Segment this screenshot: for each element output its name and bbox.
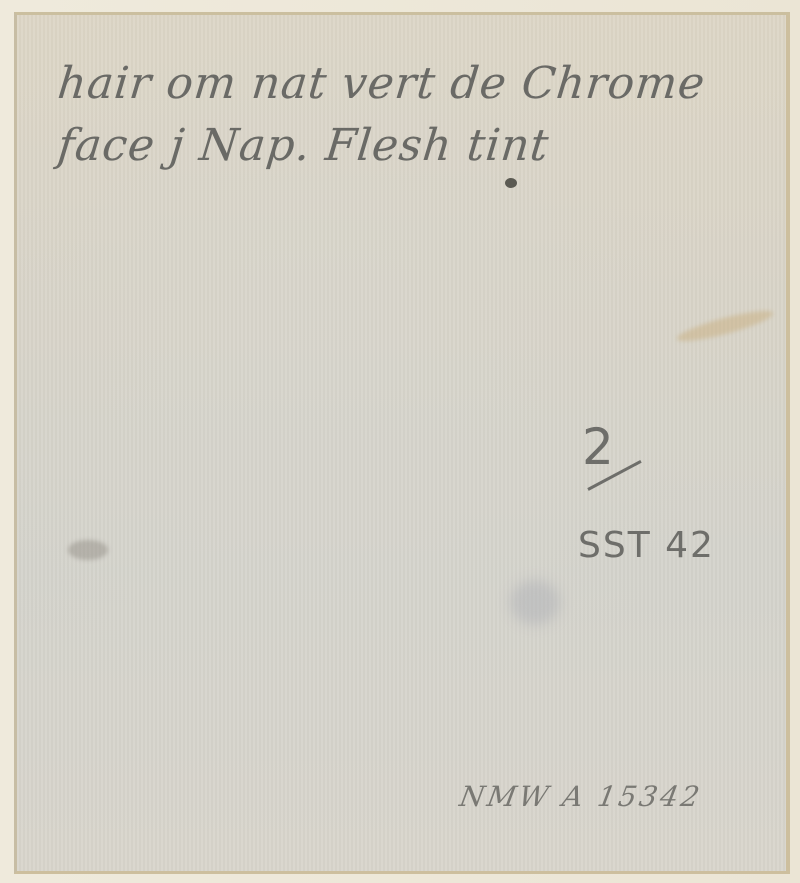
smudge-mark xyxy=(68,540,108,560)
gray-smudge xyxy=(510,580,560,625)
handwritten-number: 2 xyxy=(582,418,615,476)
handwritten-line-2: face j Nap. Flesh tint xyxy=(55,120,551,171)
inventory-number: NMW A 15342 xyxy=(457,780,705,813)
handwritten-line-1: hair om nat vert de Chrome xyxy=(55,58,708,109)
handwritten-code: SST 42 xyxy=(578,525,715,566)
ink-spot xyxy=(505,178,517,188)
